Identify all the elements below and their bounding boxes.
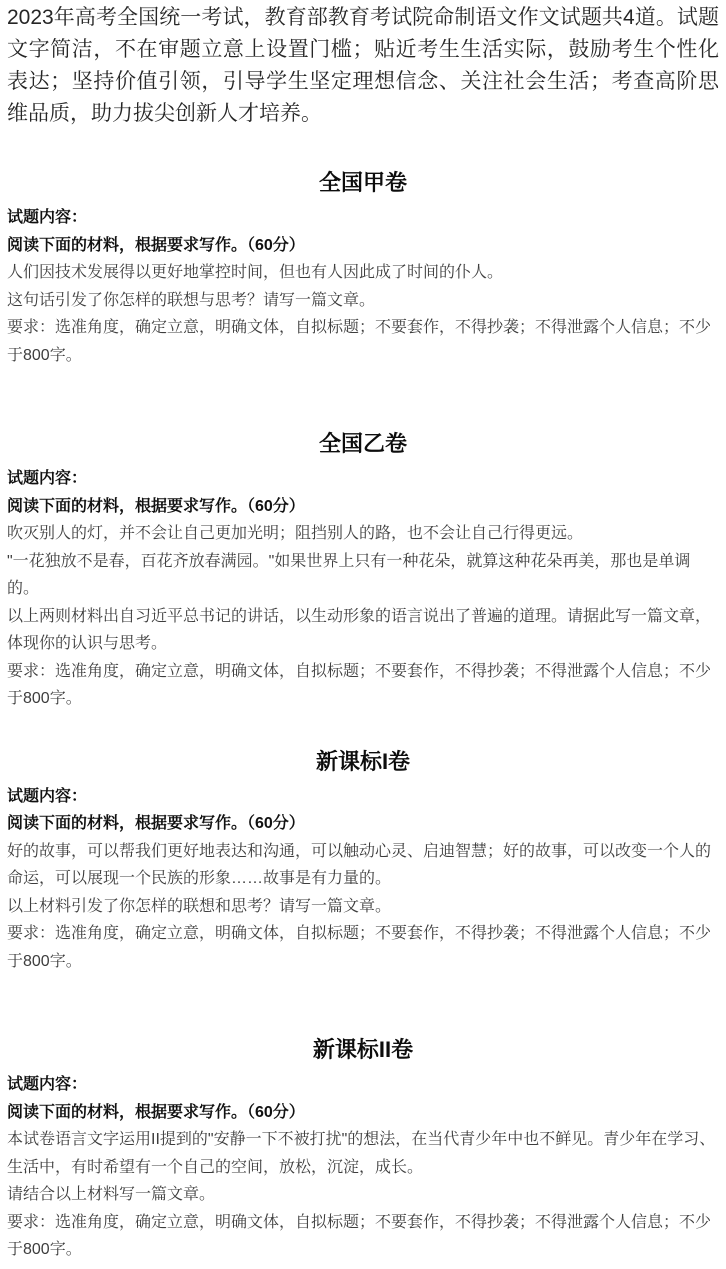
intro-paragraph: 2023年高考全国统一考试，教育部教育考试院命制语文作文试题共4道。试题文字简洁… bbox=[7, 2, 719, 130]
section-paragraph: 以上材料引发了你怎样的联想和思考？请写一篇文章。 bbox=[7, 893, 719, 921]
section-paragraph: 人们因技术发展得以更好地掌控时间，但也有人因此成了时间的仆人。 bbox=[7, 259, 719, 287]
exam-section: 新课标II卷 试题内容： 阅读下面的材料，根据要求写作。（60分） 本试卷语言文… bbox=[7, 1035, 719, 1264]
section-paragraph: 这句话引发了你怎样的联想与思考？请写一篇文章。 bbox=[7, 287, 719, 315]
section-paragraph: 好的故事，可以帮我们更好地表达和沟通，可以触动心灵、启迪智慧；好的故事，可以改变… bbox=[7, 838, 719, 893]
section-content-label: 试题内容： bbox=[7, 465, 719, 493]
section-paragraph: 本试卷语言文字运用II提到的"安静一下不被打扰"的想法，在当代青少年中也不鲜见。… bbox=[7, 1126, 719, 1181]
section-title: 全国乙卷 bbox=[7, 429, 719, 459]
section-paragraph: 要求：选准角度，确定立意，明确文体，自拟标题；不要套作，不得抄袭；不得泄露个人信… bbox=[7, 658, 719, 713]
section-content-label: 试题内容： bbox=[7, 1071, 719, 1099]
section-title: 全国甲卷 bbox=[7, 168, 719, 198]
section-paragraph: 以上两则材料出自习近平总书记的讲话，以生动形象的语言说出了普遍的道理。请据此写一… bbox=[7, 603, 719, 658]
section-paragraph: 要求：选准角度，确定立意，明确文体，自拟标题；不要套作，不得抄袭；不得泄露个人信… bbox=[7, 1209, 719, 1264]
exam-section: 全国甲卷 试题内容： 阅读下面的材料，根据要求写作。（60分） 人们因技术发展得… bbox=[7, 168, 719, 369]
section-paragraph: 要求：选准角度，确定立意，明确文体，自拟标题；不要套作，不得抄袭；不得泄露个人信… bbox=[7, 314, 719, 369]
section-title: 新课标II卷 bbox=[7, 1035, 719, 1065]
section-content-label: 试题内容： bbox=[7, 783, 719, 811]
exam-section: 新课标I卷 试题内容： 阅读下面的材料，根据要求写作。（60分） 好的故事，可以… bbox=[7, 747, 719, 976]
section-prompt: 阅读下面的材料，根据要求写作。（60分） bbox=[7, 810, 719, 838]
section-content-label: 试题内容： bbox=[7, 204, 719, 232]
exam-section: 全国乙卷 试题内容： 阅读下面的材料，根据要求写作。（60分） 吹灭别人的灯，并… bbox=[7, 429, 719, 713]
section-title: 新课标I卷 bbox=[7, 747, 719, 777]
section-prompt: 阅读下面的材料，根据要求写作。（60分） bbox=[7, 493, 719, 521]
document: 2023年高考全国统一考试，教育部教育考试院命制语文作文试题共4道。试题文字简洁… bbox=[7, 2, 719, 1264]
sections-container: 全国甲卷 试题内容： 阅读下面的材料，根据要求写作。（60分） 人们因技术发展得… bbox=[7, 168, 719, 1264]
section-paragraph: 吹灭别人的灯，并不会让自己更加光明；阻挡别人的路，也不会让自己行得更远。 bbox=[7, 520, 719, 548]
section-paragraph: 要求：选准角度，确定立意，明确文体，自拟标题；不要套作，不得抄袭；不得泄露个人信… bbox=[7, 920, 719, 975]
section-prompt: 阅读下面的材料，根据要求写作。（60分） bbox=[7, 232, 719, 260]
section-prompt: 阅读下面的材料，根据要求写作。（60分） bbox=[7, 1099, 719, 1127]
section-paragraph: "一花独放不是春，百花齐放春满园。"如果世界上只有一种花朵，就算这种花朵再美，那… bbox=[7, 548, 719, 603]
section-paragraph: 请结合以上材料写一篇文章。 bbox=[7, 1181, 719, 1209]
